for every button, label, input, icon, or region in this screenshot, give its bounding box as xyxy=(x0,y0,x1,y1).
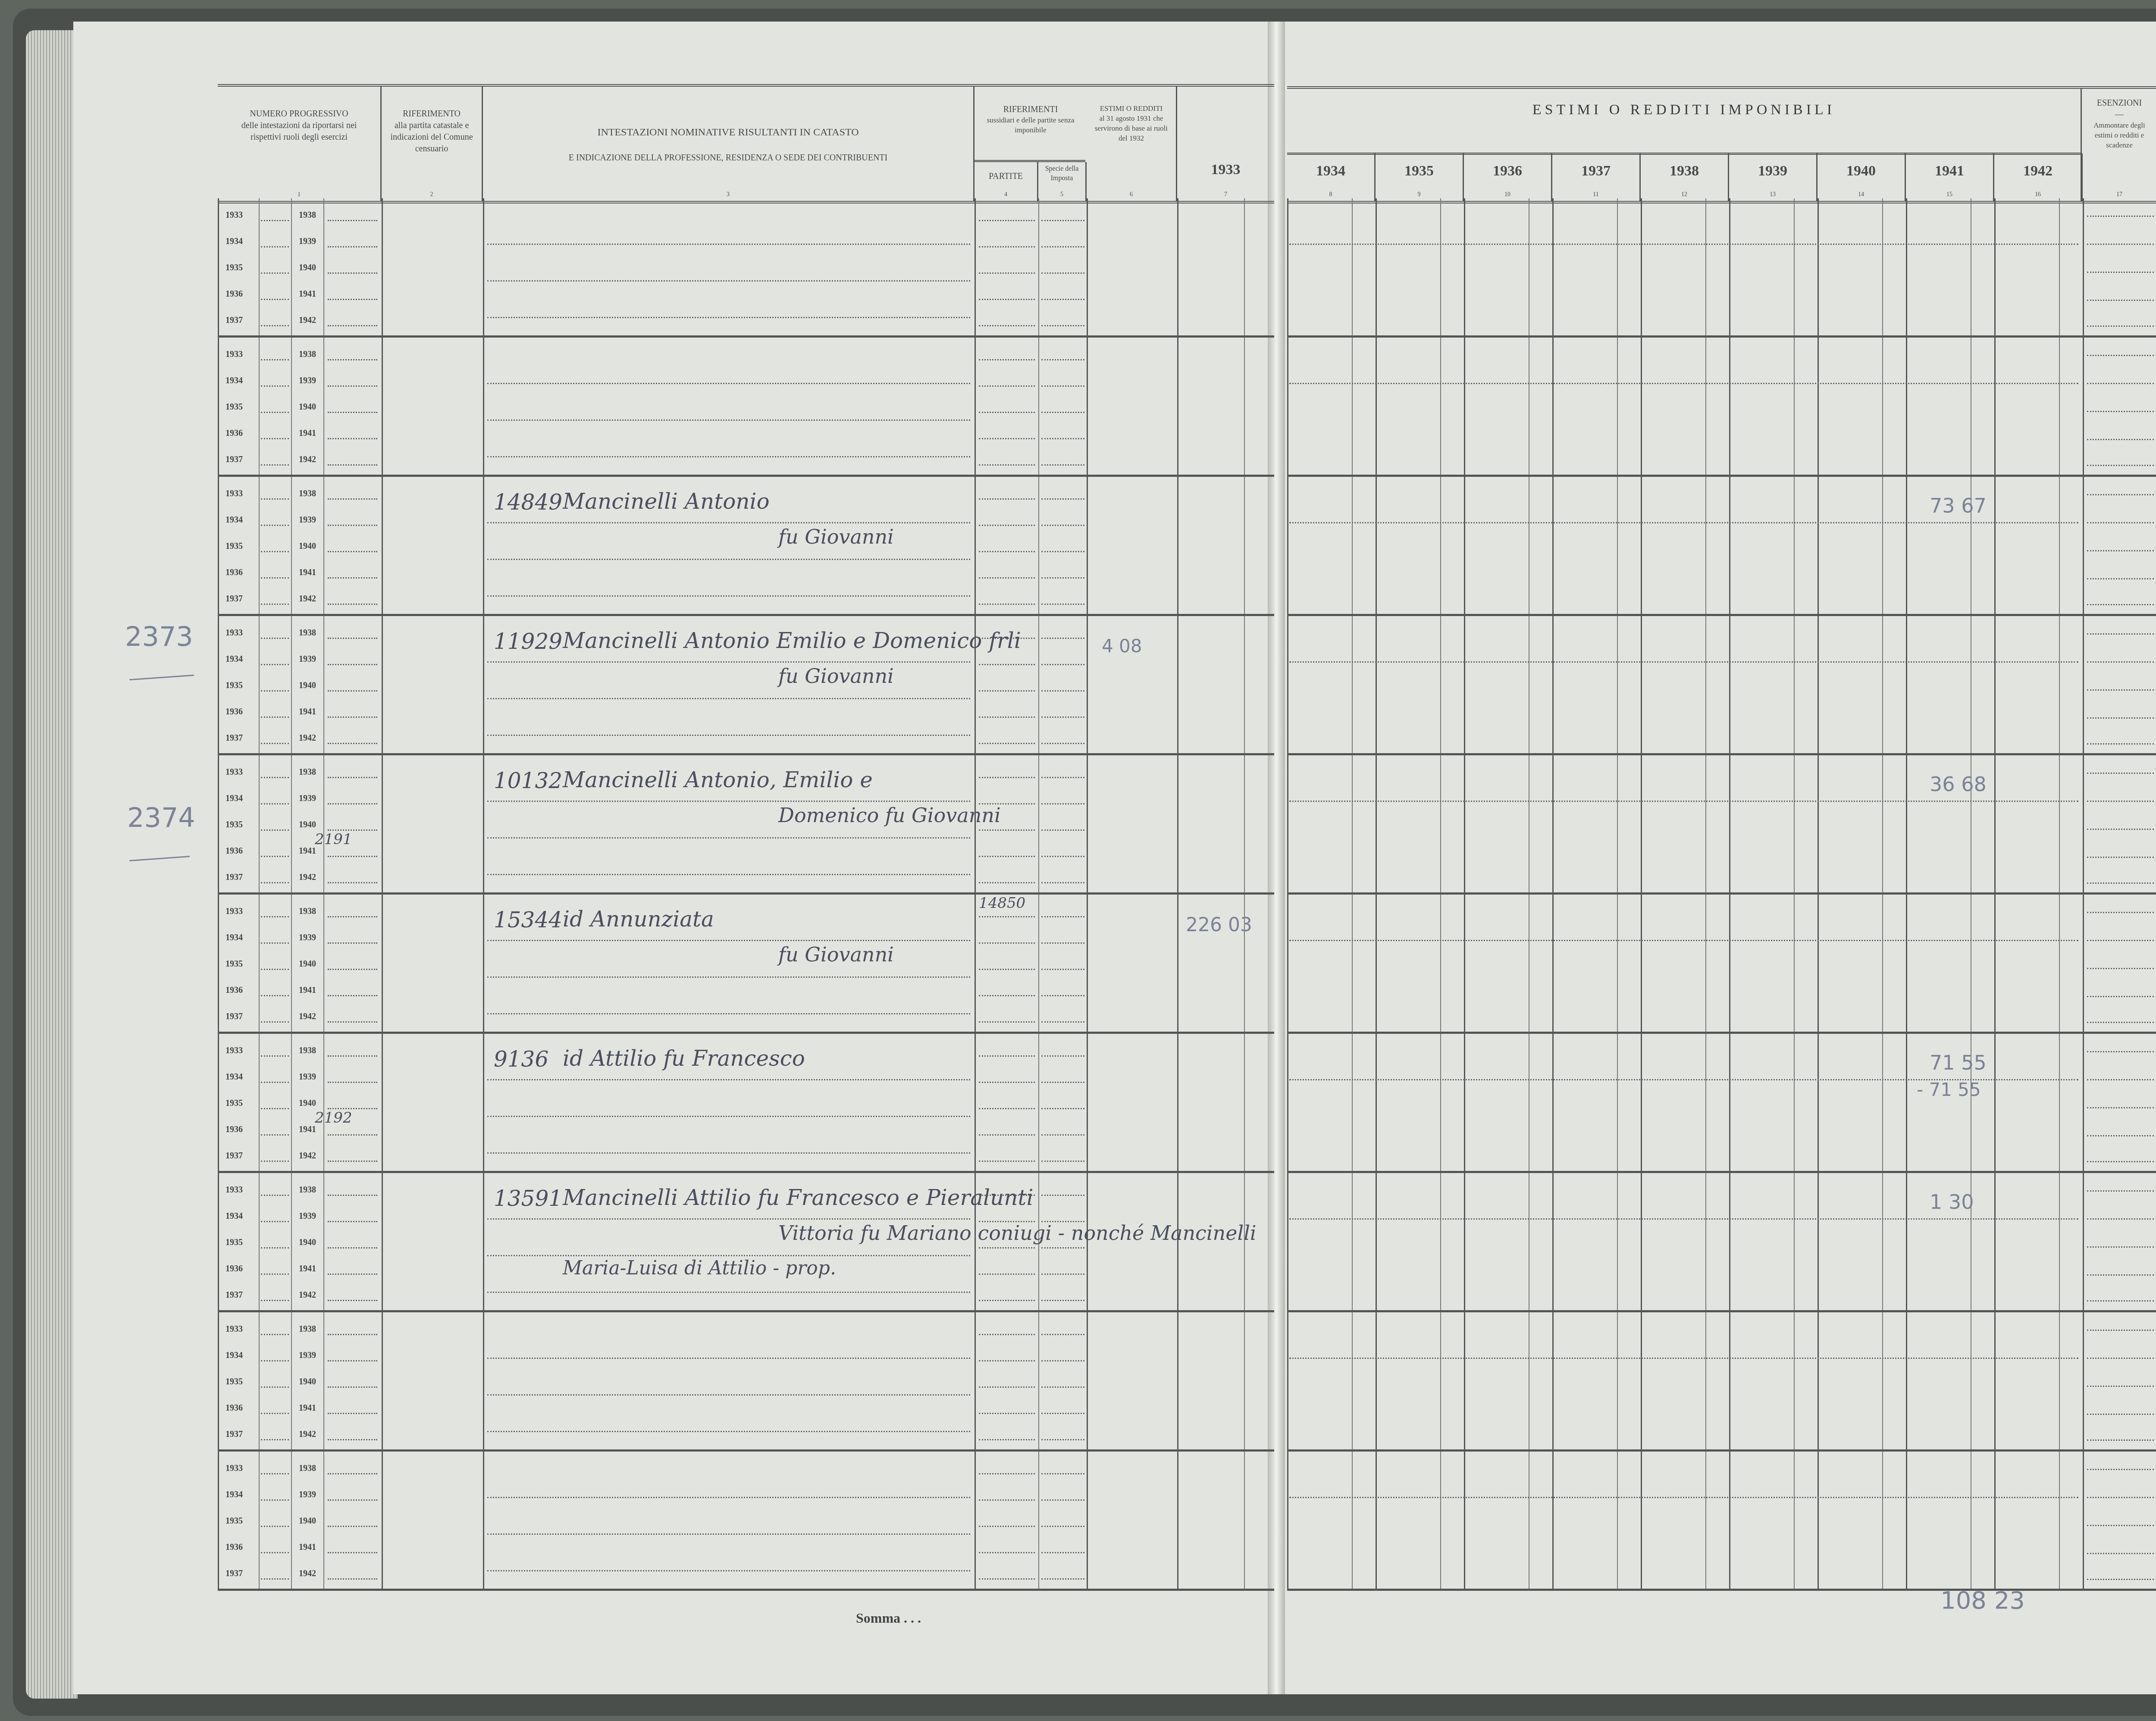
year-label: 1942 xyxy=(299,1569,316,1579)
column-rule xyxy=(2083,1312,2084,1449)
column-rule xyxy=(975,198,976,335)
column-rule xyxy=(1729,477,1730,614)
column-rule xyxy=(1087,477,1088,614)
column-rule xyxy=(1617,755,1618,892)
year-label: 1941 xyxy=(299,707,316,717)
dotted-rule xyxy=(1041,359,1084,360)
dotted-rule xyxy=(2087,1051,2154,1052)
column-rule xyxy=(1087,616,1088,753)
column-rule xyxy=(1376,1173,1377,1310)
column-rule xyxy=(259,755,260,892)
column-rule xyxy=(1971,338,1971,475)
dotted-rule xyxy=(2087,1274,2154,1276)
dotted-rule xyxy=(328,1247,377,1249)
column-rule xyxy=(1641,1312,1642,1449)
column-rule xyxy=(1352,755,1353,892)
dotted-rule xyxy=(1041,969,1084,970)
dotted-rule xyxy=(328,777,377,778)
column-rule xyxy=(1552,198,1554,335)
name-line xyxy=(487,1255,970,1256)
dotted-rule xyxy=(261,743,289,744)
column-rule xyxy=(1529,616,1529,753)
column-rule xyxy=(1287,338,1288,475)
year-label: 1936 xyxy=(226,986,243,995)
dotted-rule xyxy=(261,1334,289,1335)
year-label: 1941 xyxy=(299,429,316,438)
entry-block-left: 1933193819341939193519401936194119371942 xyxy=(218,198,1274,338)
dotted-rule xyxy=(328,385,377,387)
header-riferimento: RIFERIMENTO alla partita catastale e ind… xyxy=(382,87,483,201)
dotted-rule xyxy=(261,325,289,326)
year-label: 1936 xyxy=(226,1264,243,1274)
column-rule xyxy=(1882,755,1883,892)
entry-partita: 14849 xyxy=(494,490,562,515)
dotted-rule xyxy=(328,577,377,579)
dotted-rule xyxy=(328,220,377,221)
header-year-1936: 193610 xyxy=(1464,153,1552,201)
column-rule xyxy=(1906,338,1907,475)
estimi-group-title: ESTIMI O REDDITI IMPONIBILI xyxy=(1287,102,2081,118)
dotted-rule xyxy=(261,1221,289,1222)
entry-partita: 13591 xyxy=(494,1186,562,1211)
year-label: 1935 xyxy=(226,541,243,551)
dotted-rule xyxy=(1289,244,2078,245)
year-label: 1942 xyxy=(299,1430,316,1439)
column-rule xyxy=(975,1452,976,1589)
dotted-rule xyxy=(328,1082,377,1083)
left-header: NUMERO PROGRESSIVO delle intestazioni da… xyxy=(218,84,1274,203)
dotted-rule xyxy=(2087,1330,2154,1331)
column-rule xyxy=(1882,1312,1883,1449)
column-rule xyxy=(1552,1034,1554,1171)
column-rule xyxy=(1352,1173,1353,1310)
dotted-rule xyxy=(328,856,377,857)
column-rule xyxy=(382,1173,383,1310)
column-rule xyxy=(259,198,260,335)
header-year: 1941 xyxy=(1906,161,1993,181)
year-label: 1935 xyxy=(226,1377,243,1387)
year-label: 1940 xyxy=(299,1516,316,1526)
column-rule xyxy=(1464,198,1465,335)
column-rule xyxy=(2059,338,2060,475)
year-label: 1940 xyxy=(299,541,316,551)
column-rule xyxy=(1464,616,1465,753)
entry-block-right xyxy=(1287,1452,2156,1591)
dotted-rule xyxy=(261,385,289,387)
column-rule xyxy=(1087,338,1088,475)
dotted-rule xyxy=(1041,1413,1084,1414)
entry-block-left: 1933193819341939193519401936194119371942… xyxy=(218,1034,1274,1173)
dotted-rule xyxy=(1289,801,2078,802)
dotted-rule xyxy=(979,1055,1035,1057)
column-rule xyxy=(1287,1312,1288,1449)
dotted-rule xyxy=(1041,1247,1084,1249)
entry-name-line-1[interactable]: id Attilio fu Francesco xyxy=(563,1046,805,1071)
dotted-rule xyxy=(1041,1552,1084,1553)
column-rule xyxy=(1641,1452,1642,1589)
column-rule xyxy=(291,1173,292,1310)
year-label: 1936 xyxy=(226,429,243,438)
column-rule xyxy=(382,1452,383,1589)
dotted-rule xyxy=(328,272,377,274)
year-label: 1941 xyxy=(299,1264,316,1274)
dotted-rule xyxy=(2087,1386,2154,1387)
dotted-rule xyxy=(2087,272,2154,273)
year-label: 1936 xyxy=(226,1403,243,1413)
column-rule xyxy=(1971,1312,1971,1449)
column-rule xyxy=(1376,1452,1377,1589)
dotted-rule xyxy=(1041,272,1084,274)
column-rule xyxy=(1177,1312,1178,1449)
dotted-rule xyxy=(1041,1360,1084,1361)
dotted-rule xyxy=(328,464,377,466)
year-label: 1934 xyxy=(226,1211,243,1221)
entry-name-line-1[interactable]: Mancinelli Antonio xyxy=(563,489,770,514)
year-label: 1935 xyxy=(226,820,243,830)
column-rule xyxy=(1552,477,1554,614)
column-rule xyxy=(1440,616,1441,753)
dotted-rule xyxy=(328,1413,377,1414)
name-line xyxy=(487,1533,970,1535)
column-rule xyxy=(2083,755,2084,892)
dotted-rule xyxy=(2087,912,2154,913)
column-rule xyxy=(1038,895,1039,1032)
entry-name-line-1[interactable]: Mancinelli Attilio fu Francesco e Pieral… xyxy=(563,1185,1034,1210)
column-rule xyxy=(1994,198,1996,335)
dotted-rule xyxy=(328,525,377,526)
column-rule xyxy=(1352,1312,1353,1449)
name-line xyxy=(487,1218,970,1220)
dotted-rule xyxy=(261,1055,289,1057)
header-sub: sussidiari e delle partite senza imponib… xyxy=(975,116,1087,135)
column-rule xyxy=(218,338,219,475)
header-sub: Ammontare degli estimi o redditi e scade… xyxy=(2082,121,2156,150)
column-rule xyxy=(2083,198,2084,335)
dotted-rule xyxy=(328,1578,377,1580)
entry-name-line-2[interactable]: fu Giovanni xyxy=(778,525,894,548)
column-rule xyxy=(1705,1452,1706,1589)
dotted-rule xyxy=(979,272,1035,274)
column-rule xyxy=(1882,1452,1883,1589)
dotted-rule xyxy=(1041,1526,1084,1527)
year-label: 1942 xyxy=(299,1290,316,1300)
column-rule xyxy=(1794,1034,1795,1171)
dotted-rule xyxy=(2087,829,2154,830)
header-year: 1933 xyxy=(1177,160,1274,180)
column-rule xyxy=(1882,1034,1883,1171)
column-rule xyxy=(1729,198,1730,335)
column-rule xyxy=(1352,1034,1353,1171)
column-rule xyxy=(1529,198,1529,335)
column-rule xyxy=(1906,1452,1907,1589)
column-rule xyxy=(1617,1034,1618,1171)
column-rule xyxy=(1177,755,1178,892)
header-esenzioni: ESENZIONI — Ammontare degli estimi o red… xyxy=(2081,89,2156,201)
column-rule xyxy=(1177,1034,1178,1171)
column-rule xyxy=(1552,616,1554,753)
column-rule xyxy=(1464,1452,1465,1589)
dotted-rule xyxy=(1041,498,1084,500)
dotted-rule xyxy=(979,1247,1035,1249)
entry-block-left: 1933193819341939193519401936194119371942… xyxy=(218,1173,1274,1312)
year-label: 1933 xyxy=(226,767,243,777)
dotted-rule xyxy=(328,638,377,639)
header-title: RIFERIMENTO xyxy=(382,108,482,120)
column-rule xyxy=(1376,198,1377,335)
column-rule xyxy=(1038,1034,1039,1171)
dotted-rule xyxy=(328,1552,377,1553)
year-label: 1939 xyxy=(299,237,316,247)
column-rule xyxy=(1038,755,1039,892)
entry-block-right xyxy=(1287,198,2156,338)
year-label: 1937 xyxy=(226,1012,243,1022)
dotted-rule xyxy=(1041,777,1084,778)
year-label: 1938 xyxy=(299,1324,316,1334)
column-rule xyxy=(1794,198,1795,335)
name-line xyxy=(487,280,970,282)
name-line xyxy=(487,1292,970,1293)
year-label: 1934 xyxy=(226,794,243,804)
dotted-rule xyxy=(261,1021,289,1023)
dotted-rule xyxy=(2087,300,2154,301)
dotted-rule xyxy=(261,551,289,552)
name-line xyxy=(487,698,970,699)
entry-block-right xyxy=(1287,338,2156,477)
dotted-rule xyxy=(1041,1334,1084,1335)
year-label: 1935 xyxy=(226,1238,243,1248)
dotted-rule xyxy=(1041,829,1084,831)
column-rule xyxy=(1641,477,1642,614)
dotted-rule xyxy=(2087,996,2154,997)
column-rule xyxy=(1641,1034,1642,1171)
column-rule xyxy=(975,1034,976,1171)
column-rule xyxy=(323,198,324,335)
dotted-rule xyxy=(2087,1553,2154,1554)
header-year: 1942 xyxy=(1994,161,2081,181)
dotted-rule xyxy=(261,464,289,466)
column-rule xyxy=(1794,895,1795,1032)
dotted-rule xyxy=(2087,1135,2154,1136)
column-rule xyxy=(1818,1312,1819,1449)
name-line xyxy=(487,940,970,941)
dotted-rule xyxy=(261,1360,289,1361)
column-rule xyxy=(259,1173,260,1310)
column-rule xyxy=(323,1173,324,1310)
column-rule xyxy=(1177,477,1178,614)
name-line xyxy=(487,1570,970,1571)
dotted-rule xyxy=(979,664,1035,665)
dotted-rule xyxy=(2087,494,2154,495)
column-rule xyxy=(2059,1173,2060,1310)
header-sub: alla partita catastale e indicazioni del… xyxy=(382,120,482,155)
column-rule xyxy=(323,477,324,614)
column-rule xyxy=(2059,755,2060,892)
dotted-rule xyxy=(261,638,289,639)
dotted-rule xyxy=(1041,916,1084,917)
column-rule xyxy=(1376,755,1377,892)
dotted-rule xyxy=(979,777,1035,778)
entry-name-line-2[interactable]: fu Giovanni xyxy=(778,664,894,688)
column-rule xyxy=(1882,1173,1883,1310)
column-rule xyxy=(1244,198,1245,335)
dotted-rule xyxy=(1041,438,1084,439)
dotted-rule xyxy=(328,1134,377,1136)
column-rule xyxy=(1177,338,1178,475)
column-rule xyxy=(1440,1034,1441,1171)
dotted-rule xyxy=(979,325,1035,326)
column-rule xyxy=(2083,1173,2084,1310)
column-rule xyxy=(1529,1452,1529,1589)
year-label: 1942 xyxy=(299,733,316,743)
dotted-rule xyxy=(2087,1246,2154,1248)
header-year-1937: 193711 xyxy=(1552,153,1641,201)
dotted-rule xyxy=(979,1386,1035,1388)
dotted-rule xyxy=(1289,1497,2078,1498)
header-title: NUMERO PROGRESSIVO xyxy=(218,108,380,120)
column-rule xyxy=(1971,616,1971,753)
column-rule xyxy=(323,1312,324,1449)
column-rule xyxy=(218,1312,219,1449)
column-rule xyxy=(1352,198,1353,335)
dotted-rule xyxy=(2087,743,2154,745)
year-label: 1937 xyxy=(226,455,243,465)
year-label: 1938 xyxy=(299,907,316,917)
column-rule xyxy=(1529,338,1529,475)
column-rule xyxy=(382,616,383,753)
column-rule xyxy=(1552,755,1554,892)
column-rule xyxy=(1038,1452,1039,1589)
column-rule xyxy=(1705,1173,1706,1310)
column-rule xyxy=(1352,895,1353,1032)
column-rule xyxy=(1440,1312,1441,1449)
dotted-rule xyxy=(261,246,289,247)
column-rule xyxy=(1705,755,1706,892)
column-rule xyxy=(483,755,484,892)
year-label: 1942 xyxy=(299,873,316,882)
column-rule xyxy=(1376,338,1377,475)
entry-value-1933: 226 03 xyxy=(1186,914,1252,936)
column-rule xyxy=(1906,198,1907,335)
dotted-rule xyxy=(1041,1108,1084,1109)
dotted-rule xyxy=(328,438,377,439)
dotted-rule xyxy=(2087,411,2154,412)
name-line xyxy=(487,837,970,839)
entry-partita: 9136 xyxy=(494,1047,548,1072)
dotted-rule xyxy=(328,299,377,300)
dotted-rule xyxy=(328,1386,377,1388)
dotted-rule xyxy=(328,359,377,360)
column-rule xyxy=(1440,755,1441,892)
year-label: 1933 xyxy=(226,1464,243,1474)
year-label: 1939 xyxy=(299,1351,316,1361)
column-rule xyxy=(1038,616,1039,753)
dotted-rule xyxy=(979,942,1035,944)
column-rule xyxy=(483,1312,484,1449)
year-label: 1934 xyxy=(226,376,243,386)
header-intestazioni: INTESTAZIONI NOMINATIVE RISULTANTI IN CA… xyxy=(483,87,975,201)
column-rule xyxy=(1244,1452,1245,1589)
column-rule xyxy=(218,477,219,614)
column-rule xyxy=(1087,755,1088,892)
dotted-rule xyxy=(2087,1079,2154,1080)
dotted-rule xyxy=(261,777,289,778)
column-rule xyxy=(323,616,324,753)
column-rule xyxy=(1641,616,1642,753)
dotted-rule xyxy=(979,551,1035,552)
entry-name-line-2[interactable]: fu Giovanni xyxy=(778,943,894,966)
column-rule xyxy=(1705,338,1706,475)
dotted-rule xyxy=(328,1274,377,1275)
dotted-rule xyxy=(261,664,289,665)
dotted-rule xyxy=(2087,882,2154,884)
header-year: 1939 xyxy=(1729,161,1816,181)
entry-name-line-1[interactable]: Mancinelli Antonio, Emilio e xyxy=(563,767,873,792)
name-line xyxy=(487,1497,970,1498)
dotted-rule xyxy=(979,299,1035,300)
entry-value-1941: 36 68 xyxy=(1930,773,1987,796)
column-rule xyxy=(1971,1452,1971,1589)
name-line xyxy=(487,801,970,802)
header-year-1941: 194115 xyxy=(1906,153,1994,201)
dotted-rule xyxy=(261,359,289,360)
dotted-rule xyxy=(1041,299,1084,300)
dotted-rule xyxy=(328,1360,377,1361)
entry-side-number: 2191 xyxy=(315,831,352,848)
dotted-rule xyxy=(1041,551,1084,552)
dotted-rule xyxy=(2087,1579,2154,1580)
column-rule xyxy=(1529,1034,1529,1171)
year-label: 1934 xyxy=(226,654,243,664)
column-rule xyxy=(1994,1173,1996,1310)
column-rule xyxy=(1882,895,1883,1032)
entry-name-line-1[interactable]: id Annunziata xyxy=(563,907,714,932)
year-label: 1941 xyxy=(299,568,316,578)
column-rule xyxy=(1464,1173,1465,1310)
column-rule xyxy=(259,1312,260,1449)
dotted-rule xyxy=(328,1473,377,1474)
dotted-rule xyxy=(1289,661,2078,663)
dotted-rule xyxy=(2087,1469,2154,1470)
dotted-rule xyxy=(979,359,1035,360)
year-label: 1939 xyxy=(299,794,316,804)
column-rule xyxy=(1971,198,1971,335)
column-rule xyxy=(1352,1452,1353,1589)
header-1933: 1933 7 xyxy=(1177,87,1274,201)
dotted-rule xyxy=(2087,1300,2154,1302)
name-line xyxy=(487,522,970,523)
dotted-rule xyxy=(979,1274,1035,1275)
dotted-rule xyxy=(979,856,1035,857)
dotted-rule xyxy=(261,803,289,804)
column-rule xyxy=(1994,1452,1996,1589)
column-rule xyxy=(2083,616,2084,753)
year-label: 1933 xyxy=(226,628,243,638)
entry-name-line-3[interactable]: Maria-Luisa di Attilio - prop. xyxy=(563,1257,836,1279)
column-rule xyxy=(1529,895,1529,1032)
dotted-rule xyxy=(261,1386,289,1388)
year-label: 1941 xyxy=(299,986,316,995)
dotted-rule xyxy=(1041,1195,1084,1196)
entry-name-line-1[interactable]: Mancinelli Antonio Emilio e Domenico frl… xyxy=(563,628,1021,653)
entry-name-line-2[interactable]: Vittoria fu Mariano coniugi - nonché Man… xyxy=(778,1221,1257,1245)
column-rule xyxy=(291,1312,292,1449)
entry-partita: 15344 xyxy=(494,907,562,932)
column-rule xyxy=(1376,895,1377,1032)
dotted-rule xyxy=(1289,1218,2078,1220)
year-label: 1935 xyxy=(226,681,243,691)
entry-name-line-2[interactable]: Domenico fu Giovanni xyxy=(778,804,1001,827)
header-year-1935: 19359 xyxy=(1376,153,1464,201)
